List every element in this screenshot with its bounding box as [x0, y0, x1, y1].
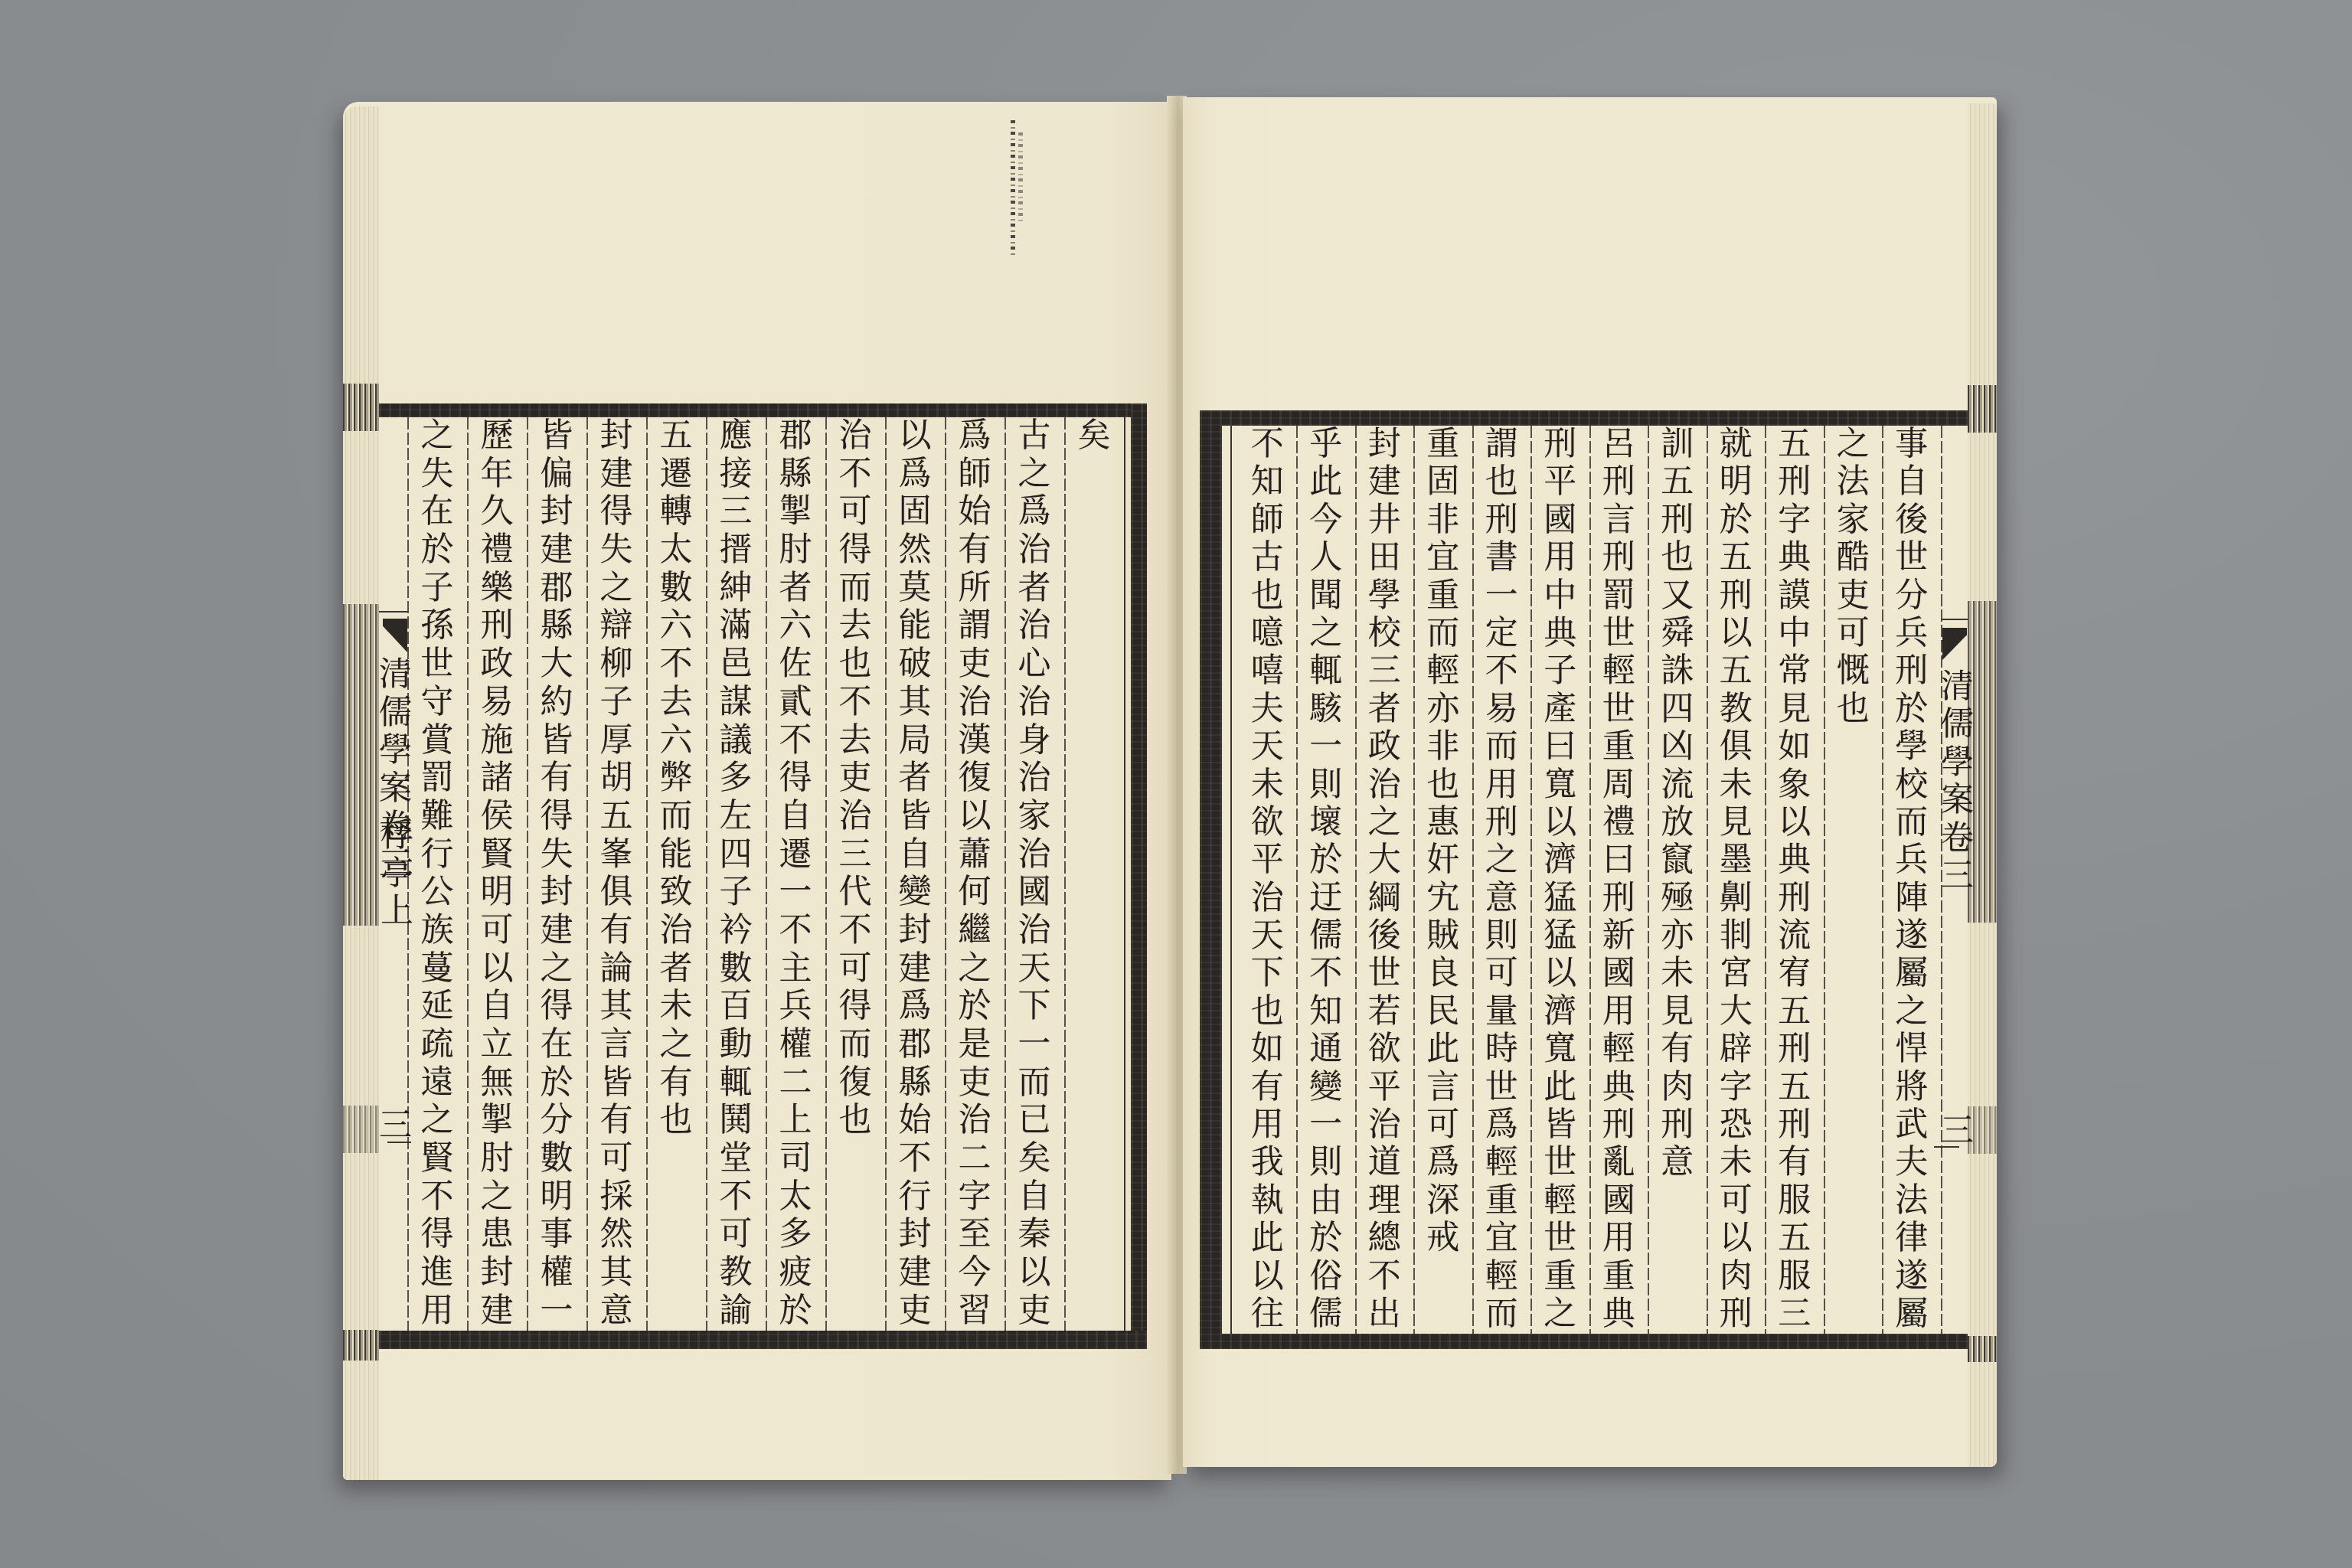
text-column-12: 不知師古也噫嘻夫天未欲平治天下也如有用我執此以往: [1238, 426, 1297, 1333]
glyph: 變: [885, 874, 945, 912]
glyph: 歷: [467, 417, 527, 456]
glyph: 一: [1297, 728, 1356, 766]
glyph: 大: [1355, 841, 1414, 879]
glyph: 諭: [706, 1292, 766, 1331]
margin-title: 清儒學案卷三: [1941, 668, 1968, 895]
glyph: 服: [1766, 1258, 1824, 1295]
glyph: 家: [1004, 798, 1064, 836]
glyph: 一: [1472, 577, 1531, 615]
right-page: 清儒學案卷三 三 事自後世分兵刑於學校而兵陣遂屬之悍將武夫法律遂屬 之法家酷吏可…: [1183, 97, 1997, 1467]
glyph: 掣: [766, 493, 825, 531]
glyph: 此: [1238, 1220, 1297, 1257]
glyph: 典: [1531, 615, 1590, 652]
glyph: 刑: [1648, 1106, 1707, 1144]
glyph: 濟: [1531, 993, 1590, 1031]
glyph: 新: [1589, 917, 1648, 955]
glyph: 得: [407, 1216, 467, 1254]
glyph: 者: [1355, 691, 1414, 728]
glyph: 明: [527, 1178, 586, 1217]
glyph: 辟: [1707, 1031, 1766, 1068]
glyph: 行: [885, 1178, 945, 1217]
stack-ink-band: [1968, 385, 1997, 433]
glyph: 之: [1004, 456, 1064, 494]
glyph: 之: [945, 950, 1004, 988]
glyph: 易: [1472, 691, 1531, 728]
glyph: 約: [527, 684, 586, 722]
glyph: 駭: [1297, 691, 1356, 728]
glyph: 也: [825, 645, 885, 684]
glyph: 國: [1531, 501, 1590, 539]
glyph: 施: [467, 722, 527, 760]
glyph: 刑: [1766, 1031, 1824, 1068]
glyph: 案: [379, 770, 407, 808]
glyph: 得: [527, 798, 586, 836]
glyph: 患: [467, 1216, 527, 1254]
glyph: 去: [646, 684, 706, 722]
glyph: 也: [1472, 463, 1531, 501]
glyph: 有: [646, 1064, 706, 1102]
glyph: 可: [1472, 955, 1531, 992]
glyph: 衿: [706, 912, 766, 950]
glyph: 就: [1707, 426, 1766, 463]
glyph: 壞: [1297, 804, 1356, 841]
glyph: 誅: [1648, 652, 1707, 690]
glyph: 吏: [825, 759, 885, 798]
glyph: 紳: [706, 570, 766, 608]
glyph: 重: [1472, 1182, 1531, 1220]
glyph: 不: [825, 912, 885, 950]
glyph: 守: [407, 684, 467, 722]
text-column-6: 郡縣掣肘者六佐貳不得自遷一不主兵權二上司太多疲於: [766, 417, 825, 1331]
glyph: 滿: [706, 607, 766, 645]
glyph: 綱: [1355, 880, 1414, 917]
glyph: 國: [1004, 874, 1064, 912]
glyph: 俱: [1707, 728, 1766, 766]
glyph: 治: [1004, 836, 1064, 874]
glyph: 在: [407, 493, 467, 531]
glyph: 吏: [1824, 577, 1883, 615]
text-column-10: 封建井田學校三者政治之大綱後世若欲平治道理總不出: [1355, 426, 1414, 1333]
glyph: 刑: [1589, 880, 1648, 917]
glyph: 遂: [1883, 1258, 1942, 1295]
glyph: 不: [825, 684, 885, 722]
glyph: 悍: [1883, 1031, 1942, 1068]
glyph: 易: [467, 684, 527, 722]
glyph: 也: [1414, 766, 1473, 804]
glyph: 放: [1648, 804, 1707, 841]
glyph: 道: [1355, 1144, 1414, 1181]
glyph: 吏: [885, 1292, 945, 1331]
glyph: 何: [945, 874, 1004, 912]
glyph: 子: [706, 874, 766, 912]
glyph: 慨: [1824, 652, 1883, 690]
glyph: 教: [706, 1254, 766, 1292]
glyph: 其: [586, 1254, 646, 1292]
glyph: 兵: [1883, 841, 1942, 879]
frame-inner-line: [1124, 417, 1125, 1331]
glyph: 爲: [945, 417, 1004, 456]
glyph: 此: [1531, 1069, 1590, 1106]
glyph: 以: [1707, 615, 1766, 652]
glyph: 繼: [945, 912, 1004, 950]
glyph: 於: [1707, 501, 1766, 539]
glyph: 刑: [1883, 652, 1942, 690]
glyph: 五: [1707, 539, 1766, 577]
glyph: 可: [825, 493, 885, 531]
glyph: 然: [885, 531, 945, 570]
glyph: 蔓: [407, 950, 467, 988]
glyph: 今: [945, 1254, 1004, 1292]
glyph: 者: [885, 759, 945, 798]
glyph: 法: [1883, 1182, 1942, 1220]
glyph: 乎: [1297, 426, 1356, 463]
glyph: 典: [1766, 841, 1824, 879]
glyph: 宜: [1472, 1220, 1531, 1257]
glyph: 輕: [1589, 1031, 1648, 1068]
glyph: 政: [467, 645, 527, 684]
glyph: 皆: [586, 1064, 646, 1102]
glyph: 三: [1766, 1295, 1824, 1333]
text-column-11: 歷年久禮樂刑政易施諸侯賢明可以自立無掣肘之患封建: [467, 417, 527, 1331]
glyph: 諸: [467, 759, 527, 798]
glyph: 遠: [407, 1064, 467, 1102]
glyph: 貳: [766, 684, 825, 722]
glyph: 不: [885, 1140, 945, 1178]
glyph: 卷: [1941, 820, 1968, 857]
glyph: 世: [1355, 955, 1414, 992]
glyph: 言: [1589, 501, 1648, 539]
glyph: 司: [766, 1140, 825, 1178]
glyph: 可: [1707, 1182, 1766, 1220]
glyph: 接: [706, 456, 766, 494]
glyph: 重: [1414, 577, 1473, 615]
glyph: 刑: [1648, 501, 1707, 539]
glyph: 周: [1589, 766, 1648, 804]
glyph: 侯: [467, 798, 527, 836]
glyph: 家: [1824, 501, 1883, 539]
glyph: 宮: [1707, 955, 1766, 992]
glyph: 而: [1472, 728, 1531, 766]
glyph: 謨: [1766, 577, 1824, 615]
glyph: 已: [1004, 1102, 1064, 1140]
glyph: 治: [945, 1102, 1004, 1140]
glyph: 於: [1297, 841, 1356, 879]
glyph: 儒: [379, 694, 407, 733]
glyph: 寬: [1531, 1031, 1590, 1068]
text-column-5: 治不可得而去也不去吏治三代不可得而復也: [825, 417, 885, 1140]
glyph: 樂: [467, 570, 527, 608]
glyph: 失: [527, 836, 586, 874]
glyph: 用: [1238, 1106, 1297, 1144]
glyph: 爲: [1004, 493, 1064, 531]
glyph: 然: [586, 1216, 646, 1254]
glyph: 刑: [1472, 804, 1531, 841]
glyph: 數: [527, 1140, 586, 1178]
glyph: 習: [945, 1292, 1004, 1331]
glyph: 刑: [1472, 501, 1531, 539]
glyph: 去: [825, 607, 885, 645]
glyph: 曰: [1531, 728, 1590, 766]
glyph: 漢: [945, 722, 1004, 760]
stack-ink-band: [343, 1106, 379, 1153]
glyph: 非: [1414, 501, 1473, 539]
glyph: 治: [1004, 531, 1064, 570]
glyph: 者: [646, 950, 706, 988]
glyph: 兵: [766, 988, 825, 1026]
glyph: 有: [945, 531, 1004, 570]
glyph: 也: [646, 1102, 706, 1140]
glyph: 宜: [1414, 539, 1473, 577]
text-column-9: 重固非宜重而輕亦非也惠奸宄賊良民此言可爲深戒: [1414, 426, 1473, 1258]
glyph: 典: [1766, 539, 1824, 577]
stack-ink-band: [343, 384, 379, 431]
glyph: 以: [1766, 804, 1824, 841]
glyph: 一: [1004, 1026, 1064, 1064]
text-column-1: 事自後世分兵刑於學校而兵陣遂屬之悍將武夫法律遂屬: [1883, 426, 1942, 1333]
glyph: 刑: [1766, 880, 1824, 917]
glyph: 刑: [467, 607, 527, 645]
glyph: 賞: [407, 722, 467, 760]
glyph: 堂: [706, 1140, 766, 1178]
glyph: 動: [706, 1026, 766, 1064]
glyph: 能: [646, 836, 706, 874]
glyph: 下: [1238, 955, 1297, 992]
glyph: 不: [1355, 1258, 1414, 1295]
glyph: 心: [1004, 645, 1064, 684]
glyph: 以: [467, 950, 527, 988]
glyph: 猛: [1531, 917, 1590, 955]
glyph: 儒: [1941, 706, 1968, 743]
glyph: 欲: [1238, 804, 1297, 841]
glyph: 分: [1883, 577, 1942, 615]
glyph: 天: [1238, 728, 1297, 766]
glyph: 封: [885, 912, 945, 950]
glyph: 得: [825, 988, 885, 1026]
glyph: 大: [1707, 993, 1766, 1031]
glyph: 不: [1472, 652, 1531, 690]
glyph: 建: [467, 1292, 527, 1331]
glyph: 有: [1238, 1069, 1297, 1106]
glyph: 縣: [766, 456, 825, 494]
glyph: 則: [1297, 1144, 1356, 1181]
glyph: 事: [1883, 426, 1942, 463]
glyph: 之: [1472, 841, 1531, 879]
glyph: 中: [1766, 615, 1824, 652]
glyph: 年: [467, 456, 527, 494]
glyph: 刑: [1707, 577, 1766, 615]
glyph: 五: [1648, 463, 1707, 501]
glyph: 重: [1589, 728, 1648, 766]
glyph: 世: [1883, 539, 1942, 577]
glyph: 理: [1355, 1182, 1414, 1220]
glyph: 至: [945, 1216, 1004, 1254]
glyph: 數: [646, 570, 706, 608]
frame-inner-line: [1230, 426, 1232, 1334]
glyph: 爲: [1472, 1106, 1531, 1144]
glyph: 未: [1707, 1144, 1766, 1181]
glyph: 偏: [527, 456, 586, 494]
glyph: 不: [1238, 426, 1297, 463]
glyph: 郡: [766, 417, 825, 456]
glyph: 之: [1883, 993, 1942, 1031]
glyph: 賊: [1414, 917, 1473, 955]
glyph: 國: [1589, 955, 1648, 992]
text-column-12: 之失在於子孫世守賞罰難行公族蔓延疏遠之賢不得進用: [407, 417, 467, 1331]
glyph: 由: [1297, 1182, 1356, 1220]
glyph: 墨: [1707, 841, 1766, 879]
glyph: 訓: [1648, 426, 1707, 463]
glyph: 立: [467, 1026, 527, 1064]
glyph: 有: [586, 912, 646, 950]
glyph: 刑: [1707, 1295, 1766, 1333]
glyph: 一: [766, 874, 825, 912]
glyph: 子: [407, 570, 467, 608]
glyph: 如: [1766, 728, 1824, 766]
glyph: 重: [1414, 426, 1473, 463]
glyph: 則: [1297, 766, 1356, 804]
frame-bottom-border: [1200, 1334, 1968, 1349]
glyph: 屬: [1883, 1295, 1942, 1333]
photo-background: 清儒學案卷三 桴亭上 三 矣 古之爲治者治心治身治家治國治天下一而已矣自秦以吏 …: [0, 0, 2352, 1568]
glyph: 有: [527, 759, 586, 798]
glyph: 兵: [1883, 615, 1942, 652]
glyph: 可: [586, 1140, 646, 1178]
glyph: 掣: [467, 1102, 527, 1140]
glyph: 自: [766, 798, 825, 836]
glyph: 刑: [1531, 426, 1590, 463]
glyph: 輒: [1297, 652, 1356, 690]
text-column-2: 之法家酷吏可慨也: [1824, 426, 1883, 728]
margin-rule: [1941, 619, 1968, 620]
glyph: 象: [1766, 766, 1824, 804]
glyph: 國: [1589, 1182, 1648, 1220]
glyph: 恐: [1707, 1106, 1766, 1144]
glyph: 用: [1472, 766, 1531, 804]
glyph: 政: [1355, 728, 1414, 766]
glyph: 治: [825, 798, 885, 836]
glyph: 不: [706, 1178, 766, 1217]
glyph: 變: [1297, 1069, 1356, 1106]
glyph: 固: [1414, 463, 1473, 501]
glyph: 輒: [706, 1064, 766, 1102]
glyph: 進: [407, 1254, 467, 1292]
glyph: 左: [706, 798, 766, 836]
glyph: 夫: [1883, 1144, 1942, 1181]
glyph: 上: [766, 1102, 825, 1140]
glyph: 一: [527, 1292, 586, 1331]
glyph: 三: [1941, 1112, 1968, 1150]
glyph: 建: [1355, 463, 1414, 501]
glyph: 之: [527, 950, 586, 988]
glyph: 量: [1472, 993, 1531, 1031]
glyph: 族: [407, 912, 467, 950]
glyph: 世: [1531, 1220, 1590, 1257]
glyph: 孫: [407, 607, 467, 645]
glyph: 以: [945, 798, 1004, 836]
glyph: 俗: [1297, 1258, 1356, 1295]
glyph: 明: [467, 874, 527, 912]
glyph: 矣: [1064, 417, 1124, 456]
glyph: 宥: [1766, 955, 1824, 992]
glyph: 柳: [586, 645, 646, 684]
glyph: 四: [1648, 691, 1707, 728]
glyph: 於: [527, 1064, 586, 1102]
glyph: 無: [467, 1064, 527, 1102]
glyph: 封: [586, 417, 646, 456]
glyph: 五: [1766, 426, 1824, 463]
glyph: 師: [945, 456, 1004, 494]
glyph: 俱: [586, 874, 646, 912]
glyph: 如: [1238, 1031, 1297, 1068]
glyph: 以: [1707, 1220, 1766, 1257]
glyph: 之: [1824, 426, 1883, 463]
glyph: 學: [1355, 577, 1414, 615]
glyph: 建: [527, 531, 586, 570]
glyph: 校: [1355, 615, 1414, 652]
glyph: 不: [766, 912, 825, 950]
glyph: 之: [1355, 804, 1414, 841]
ink-smudge: [1011, 120, 1015, 258]
glyph: 清: [379, 656, 407, 694]
glyph: 吏: [945, 1064, 1004, 1102]
glyph: 蕭: [945, 836, 1004, 874]
glyph: 而: [646, 798, 706, 836]
glyph: 法: [1824, 463, 1883, 501]
glyph: 之: [1297, 615, 1356, 652]
glyph: 皆: [885, 798, 945, 836]
glyph: 肉: [1648, 1069, 1707, 1106]
glyph: 舜: [1648, 615, 1707, 652]
glyph: 所: [945, 570, 1004, 608]
glyph: 復: [945, 759, 1004, 798]
glyph: 殛: [1648, 880, 1707, 917]
glyph: 往: [1238, 1295, 1297, 1333]
glyph: 辯: [586, 607, 646, 645]
fishtail-mark-icon: [383, 619, 407, 652]
glyph: 此: [1414, 1031, 1473, 1068]
glyph: 呂: [1589, 426, 1648, 463]
glyph: 亦: [1648, 917, 1707, 955]
glyph: 者: [1004, 570, 1064, 608]
glyph: 秦: [1004, 1216, 1064, 1254]
glyph: 後: [1883, 501, 1942, 539]
glyph: 謂: [945, 607, 1004, 645]
column-rule: [1064, 417, 1066, 1331]
glyph: 今: [1297, 501, 1356, 539]
glyph: 迂: [1297, 880, 1356, 917]
glyph: 產: [1531, 691, 1590, 728]
glyph: 酷: [1824, 539, 1883, 577]
glyph: 常: [1766, 652, 1824, 690]
glyph: 二: [945, 1140, 1004, 1178]
glyph: 重: [1531, 1258, 1590, 1295]
glyph: 以: [1531, 955, 1590, 992]
text-column-3: 爲師始有所謂吏治漢復以蕭何繼之於是吏治二字至今習: [945, 417, 1004, 1331]
glyph: 字: [945, 1178, 1004, 1217]
page-edge-stack: [343, 106, 379, 1480]
glyph: 五: [1766, 993, 1824, 1031]
glyph: 意: [1648, 1144, 1707, 1181]
glyph: 爲: [885, 988, 945, 1026]
glyph: 治: [1004, 759, 1064, 798]
glyph: 則: [1472, 917, 1531, 955]
glyph: 縣: [885, 1064, 945, 1102]
glyph: 後: [1355, 917, 1414, 955]
glyph: 田: [1355, 539, 1414, 577]
glyph: 復: [825, 1064, 885, 1102]
glyph: 學: [379, 732, 407, 770]
glyph: 世: [1472, 1069, 1531, 1106]
